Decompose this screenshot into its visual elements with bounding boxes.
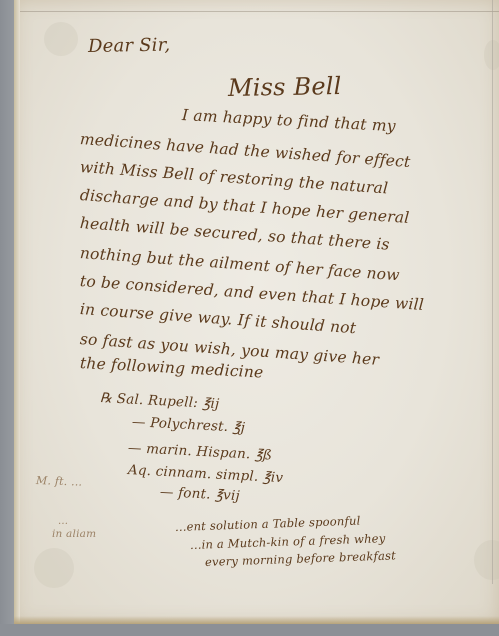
patient-name-heading: Miss Bell [228,72,342,102]
margin-note: M. ft. ... [36,474,83,489]
margin-note: in aliam [52,528,96,540]
margin-note: ... [58,516,68,527]
paper-bottom-edge [14,616,499,624]
paper-stain [474,540,499,580]
salutation: Dear Sir, [88,35,171,57]
paper-stain [34,548,74,588]
scan-backdrop-bottom [0,624,499,636]
paper-stain [44,22,78,56]
paper-left-edge [14,0,20,624]
paper-stain [484,40,499,70]
